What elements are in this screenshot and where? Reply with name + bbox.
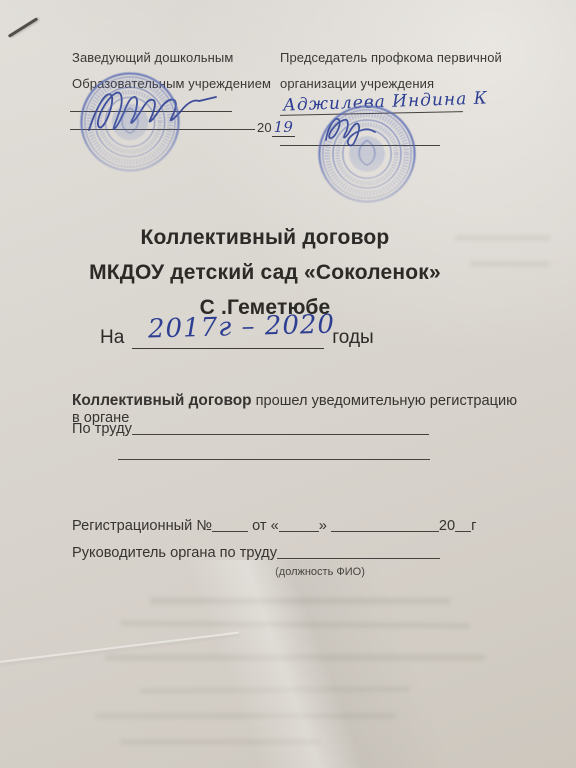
head-blank-line bbox=[277, 544, 440, 559]
title-line-1: Коллективный договор bbox=[60, 226, 470, 250]
approver-right-role-line1: Председатель профкома первичной bbox=[280, 50, 502, 65]
quote-close: » bbox=[319, 518, 327, 534]
notice-strong: Коллективный договор bbox=[72, 392, 252, 409]
year-printed: 20 bbox=[257, 120, 272, 135]
year-handwritten-ink: 19 bbox=[272, 118, 295, 137]
approver-right-role-line2: организации учреждения bbox=[280, 76, 434, 91]
bleed-through bbox=[470, 262, 550, 266]
period-blank-line: 2017г – 2020 bbox=[132, 324, 324, 349]
labor-blank-line bbox=[132, 420, 429, 435]
second-blank-line bbox=[118, 459, 430, 460]
bleed-through bbox=[95, 714, 395, 718]
approver-left-role-line1: Заведующий дошкольным bbox=[72, 50, 233, 65]
year-letter: г bbox=[471, 518, 476, 534]
year-row-left: 2019 bbox=[257, 118, 295, 136]
date-day-blank bbox=[279, 517, 319, 532]
document-photo: Заведующий дошкольным Образовательным уч… bbox=[0, 0, 576, 768]
year-blank bbox=[455, 517, 471, 532]
bleed-through bbox=[455, 236, 550, 240]
period-row: На 2017г – 2020 годы bbox=[100, 324, 374, 349]
bleed-through bbox=[120, 740, 320, 744]
period-suffix: годы bbox=[332, 327, 373, 349]
official-stamp-right bbox=[316, 103, 418, 205]
registration-number-row: Регистрационный № от «» 20г bbox=[72, 517, 476, 534]
bleed-through bbox=[150, 598, 450, 604]
labor-organ-row: По труду bbox=[72, 420, 429, 437]
period-label: На bbox=[100, 327, 124, 349]
labor-label: По труду bbox=[72, 421, 132, 437]
head-of-labor-row: Руководитель органа по труду bbox=[72, 544, 440, 561]
head-label: Руководитель органа по труду bbox=[72, 545, 277, 561]
bleed-through bbox=[105, 655, 485, 660]
title-line-2: МКДОУ детский сад «Соколенок» bbox=[60, 261, 470, 285]
caption-position-name: (должность ФИО) bbox=[235, 566, 405, 578]
reg-number-blank bbox=[212, 517, 248, 532]
year-prefix: 20 bbox=[439, 518, 455, 534]
period-handwritten-years: 2017г – 2020 bbox=[148, 310, 336, 345]
date-month-blank bbox=[331, 517, 439, 532]
official-stamp-left bbox=[78, 70, 182, 174]
reg-number-label: Регистрационный № bbox=[72, 518, 212, 534]
date-from-label: от « bbox=[252, 518, 279, 534]
